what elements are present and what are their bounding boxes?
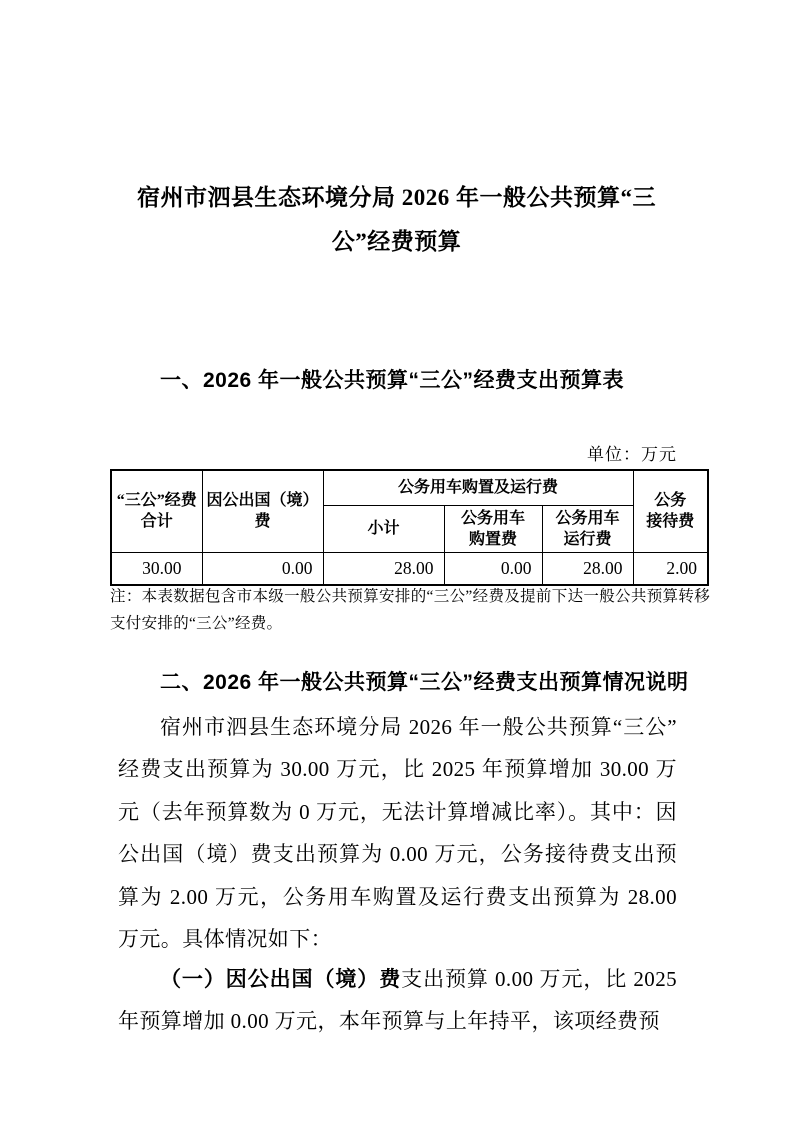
header-vehicle-band: 公务用车购置及运行费 — [323, 470, 633, 505]
value-abroad: 0.00 — [202, 552, 323, 585]
value-vehicle-purchase: 0.00 — [444, 552, 542, 585]
table-data-row: 30.00 0.00 28.00 0.00 28.00 2.00 — [111, 552, 708, 585]
value-vehicle-operation: 28.00 — [542, 552, 633, 585]
table-header-row-1: “三公”经费 合计 因公出国（境）费 公务用车购置及运行费 公务 接待费 — [111, 470, 708, 505]
table-note: 注：本表数据包含市本级一般公共预算安排的“三公”经费及提前下达一般公共预算转移支… — [110, 583, 710, 637]
paragraph-1: 宿州市泗县生态环境分局 2026 年一般公共预算“三公”经费支出预算为 30.0… — [118, 706, 677, 960]
header-vehicle-subtotal: 小计 — [323, 505, 444, 552]
section-2-heading: 二、2026 年一般公共预算“三公”经费支出预算情况说明 — [118, 668, 677, 698]
header-reception: 公务 接待费 — [633, 470, 708, 552]
sangong-budget-table: “三公”经费 合计 因公出国（境）费 公务用车购置及运行费 公务 接待费 小计 … — [110, 469, 709, 586]
paragraph-2: （一）因公出国（境）费支出预算 0.00 万元，比 2025 年预算增加 0.0… — [118, 958, 677, 1043]
table-unit-label: 单位：万元 — [587, 440, 677, 465]
header-vehicle-operation: 公务用车 运行费 — [542, 505, 633, 552]
header-abroad: 因公出国（境）费 — [202, 470, 323, 552]
value-reception: 2.00 — [633, 552, 708, 585]
header-vehicle-purchase: 公务用车 购置费 — [444, 505, 542, 552]
value-total: 30.00 — [111, 552, 202, 585]
section-1-heading: 一、2026 年一般公共预算“三公”经费支出预算表 — [118, 366, 677, 396]
value-vehicle-subtotal: 28.00 — [323, 552, 444, 585]
paragraph-2-bold-lead: （一）因公出国（境）费 — [160, 967, 401, 991]
header-total: “三公”经费 合计 — [111, 470, 202, 552]
document-title: 宿州市泗县生态环境分局 2026 年一般公共预算“三 公”经费预算 — [0, 176, 793, 264]
document-page: 宿州市泗县生态环境分局 2026 年一般公共预算“三 公”经费预算 一、2026… — [0, 0, 793, 1122]
